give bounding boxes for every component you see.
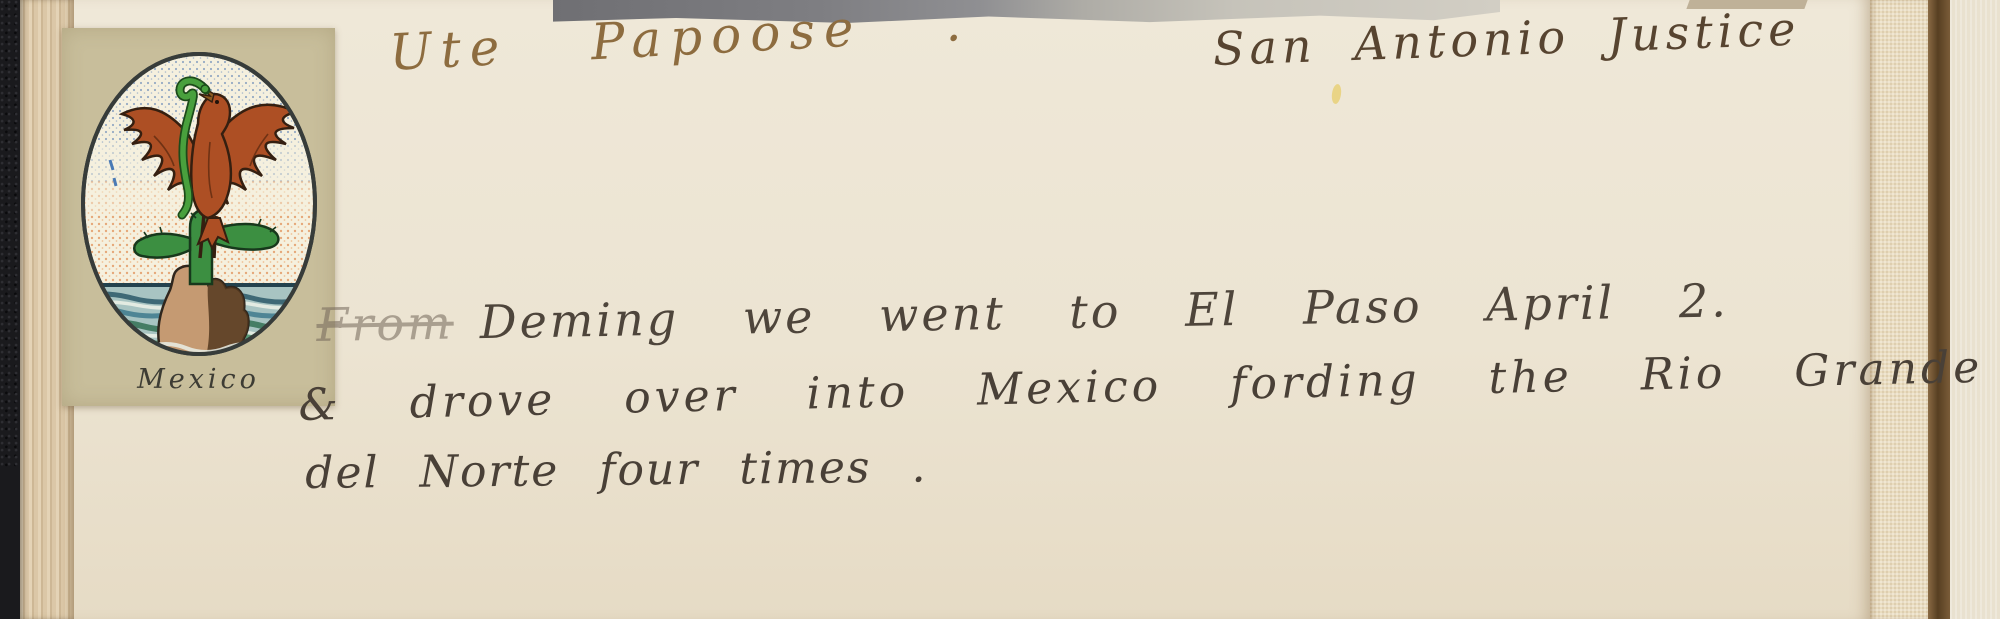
fore-edge-linen-band (1870, 0, 1928, 619)
emblem-background (62, 32, 335, 372)
handwriting-line-3: del Norte four times . (305, 441, 928, 499)
card-caption: Mexico (62, 364, 335, 395)
struck-word: From (316, 296, 454, 352)
mexico-card: Mexico (62, 28, 335, 406)
scrapbook-page-scan: Mexico Ute Papoose . San Antonio Justice… (0, 0, 2000, 619)
fore-edge-outer-band (1950, 0, 2000, 619)
fore-edge-dark-line (1928, 0, 1950, 619)
mexico-coat-of-arms-icon (62, 32, 335, 372)
